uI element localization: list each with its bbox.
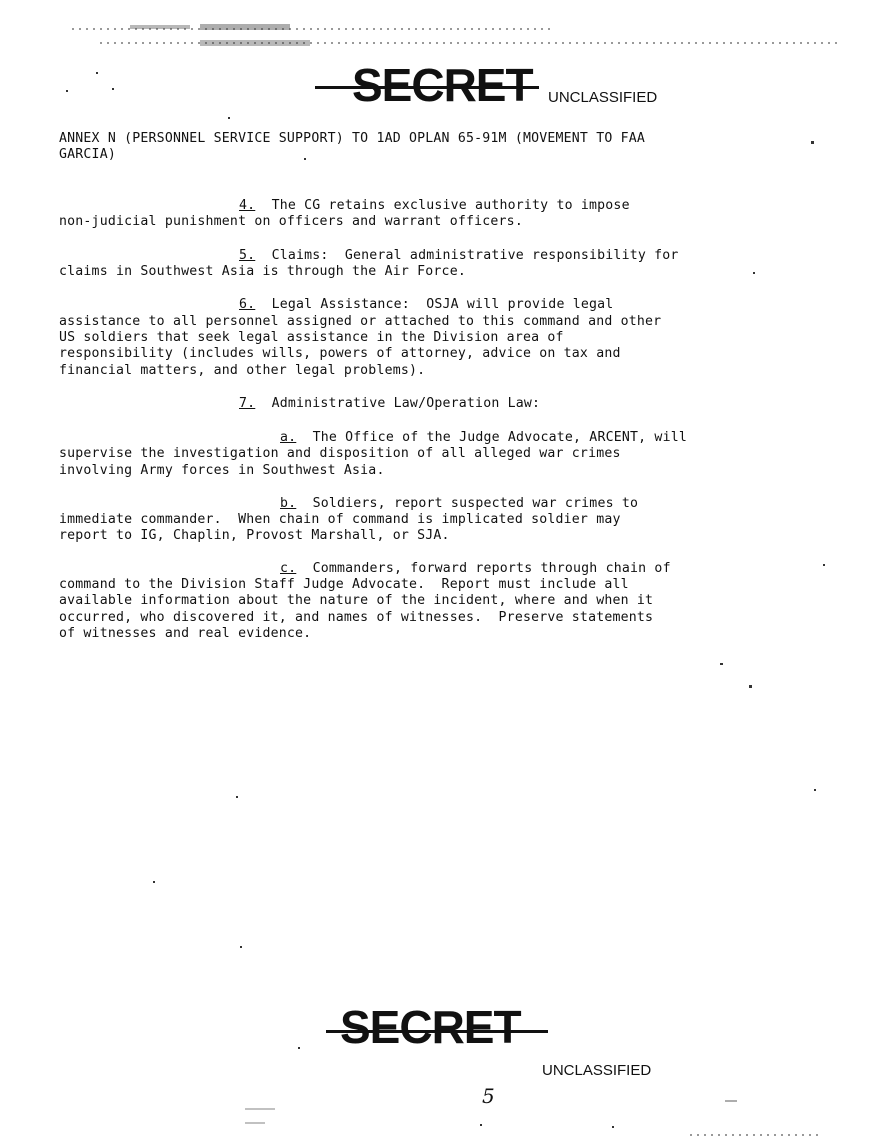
subparagraph-letter: b. xyxy=(280,496,296,511)
paragraph-number: 4. xyxy=(239,198,255,213)
annex-title-line-1: ANNEX N (PERSONNEL SERVICE SUPPORT) TO 1… xyxy=(59,131,645,148)
strikethrough-line xyxy=(326,1030,548,1033)
secret-marking-struck: SECRET xyxy=(340,1004,521,1050)
paragraph-number: 6. xyxy=(239,297,255,312)
unclassified-marking: UNCLASSIFIED xyxy=(542,1062,651,1079)
page-number: 5 xyxy=(482,1084,495,1108)
unclassified-marking: UNCLASSIFIED xyxy=(548,89,657,106)
secret-marking-struck: SECRET xyxy=(352,62,533,108)
strikethrough-line xyxy=(315,86,539,89)
subparagraph-letter: a. xyxy=(280,430,296,445)
annex-title-line-2: GARCIA) xyxy=(59,147,116,164)
paragraph-number: 7. xyxy=(239,396,255,411)
paragraph-number: 5. xyxy=(239,248,255,263)
subparagraph-letter: c. xyxy=(280,561,296,576)
